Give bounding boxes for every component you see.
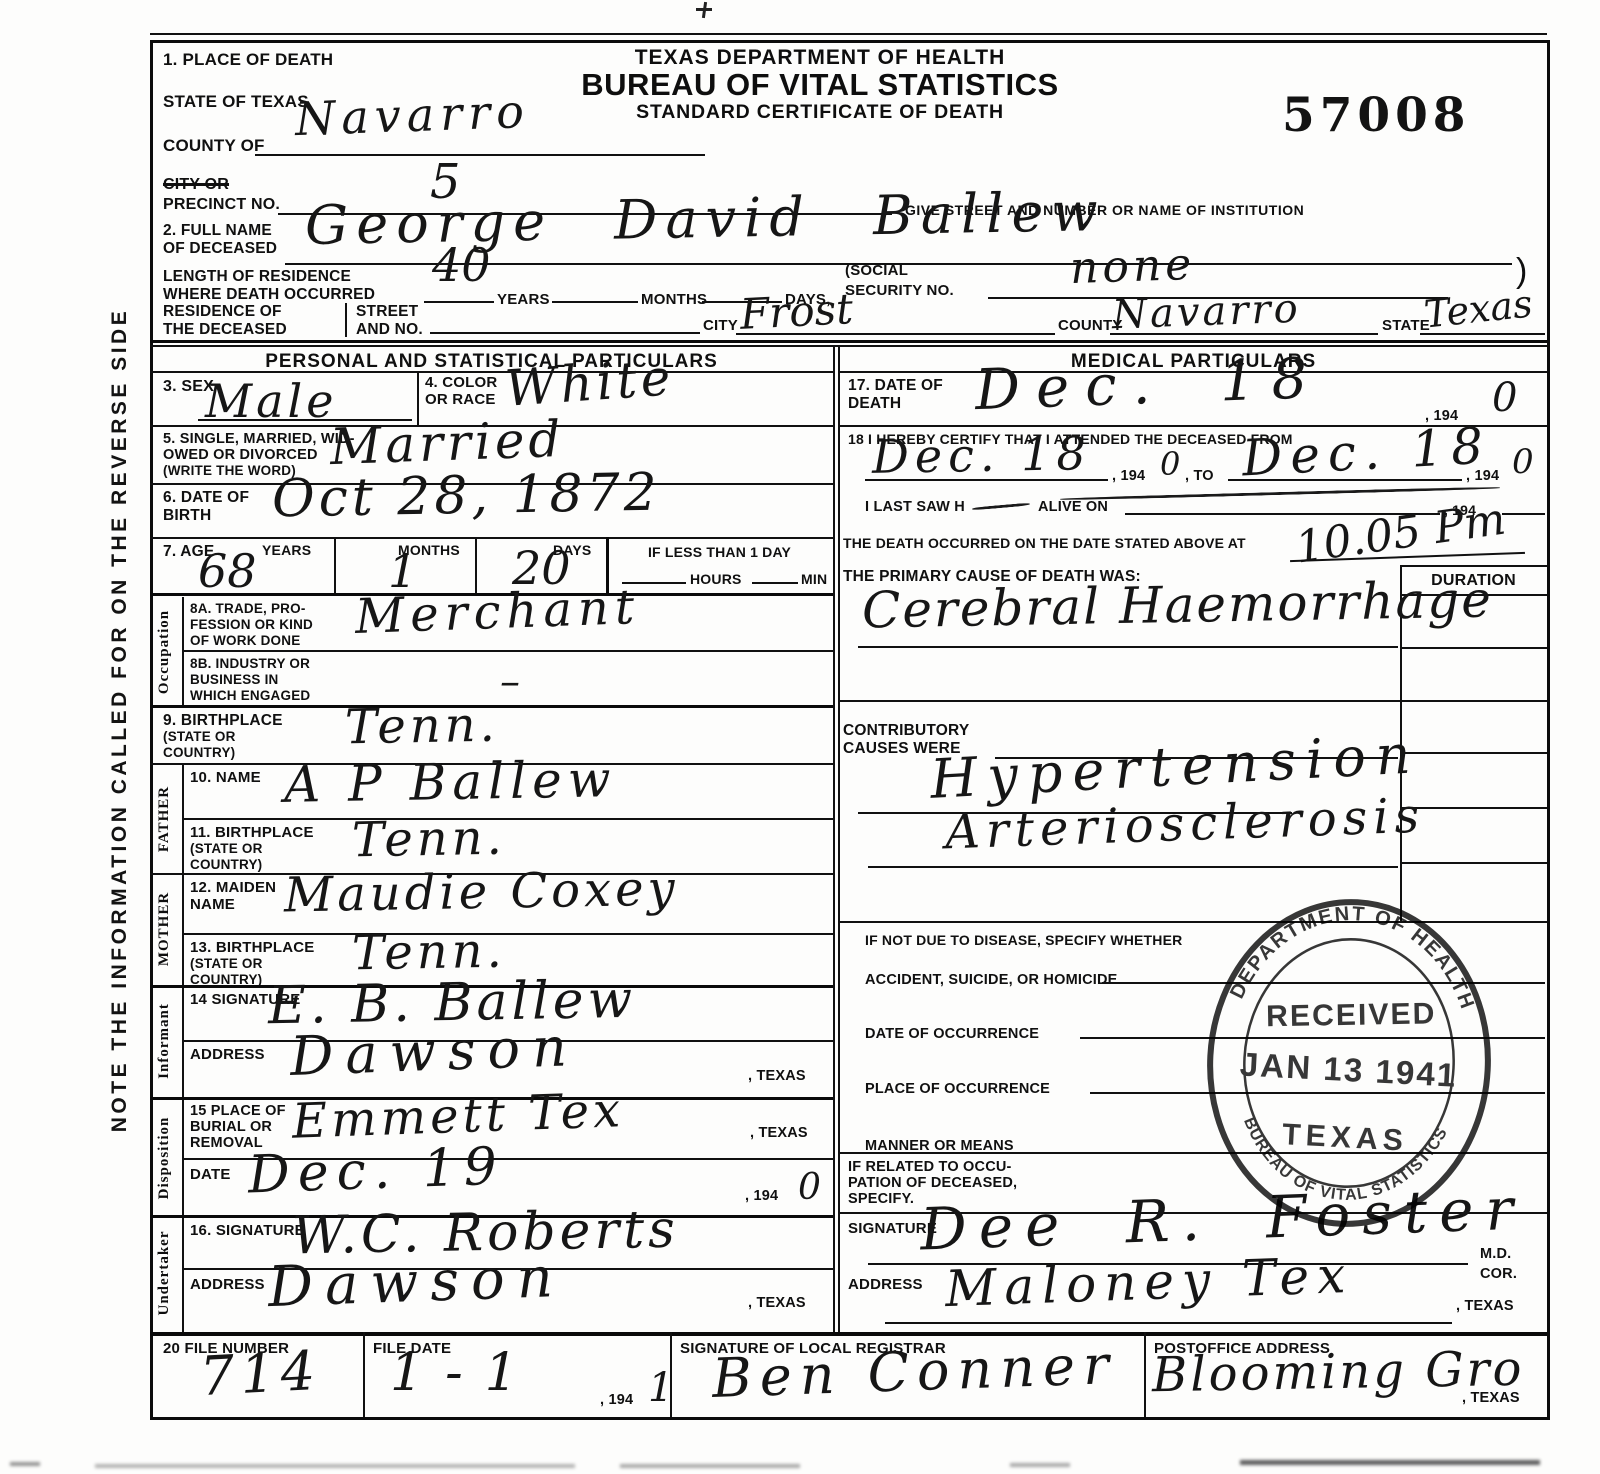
informant-address-value: Dawson [289,1020,579,1084]
cor-label: COR. [1480,1266,1517,1283]
residence-length-label2: WHERE DEATH OCCURRED [163,286,375,304]
last-saw-label: I LAST SAW H [865,499,965,516]
father-birthplace-label3: COUNTRY) [190,857,262,872]
rule [150,1332,1547,1336]
age-min-label: MIN [801,572,827,588]
rule [1400,862,1547,864]
birthplace-value: Tenn. [345,701,500,752]
informant-address-label: ADDRESS [190,1046,265,1063]
city-value: Frost [739,288,854,336]
primary-cause-value: Cerebral Haemorrhage [862,574,1494,635]
father-birthplace-value: Tenn. [352,814,507,865]
rule [182,818,833,820]
maiden-name-value: Maudie Coxey [284,865,679,920]
rule [1400,647,1547,649]
attended-to-value: Dec. 18 [1241,421,1492,484]
burial-date-label: DATE [190,1166,231,1183]
texas-suffix: , TEXAS [750,1125,808,1142]
dob-label2: BIRTH [163,507,211,525]
ssn-value: none [1069,243,1196,291]
death-time-label: THE DEATH OCCURRED ON THE DATE STATED AB… [843,536,1246,552]
md-label: M.D. [1480,1246,1511,1263]
texas-suffix: , TEXAS [748,1068,806,1085]
burial-date-value: Dec. 19 [247,1141,505,1202]
header-certificate: STANDARD CERTIFICATE OF DEATH [560,101,1080,124]
rule [858,646,1398,648]
industry-value: – [500,662,520,702]
header-bureau: BUREAU OF VITAL STATISTICS [560,67,1080,103]
color-label: 4. COLOR [425,374,497,391]
not-disease-label: IF NOT DUE TO DISEASE, SPECIFY WHETHER [865,933,1182,949]
texas-suffix: , TEXAS [1462,1390,1520,1407]
burial-label2: BURIAL OR [190,1119,272,1136]
undertaker-address-label: ADDRESS [190,1276,265,1293]
mother-birthplace-value: Tenn. [352,927,507,978]
to-label: , TO [1185,468,1214,485]
father-name-value: A P Ballew [284,754,617,810]
fullname-label: 2. FULL NAME [163,222,272,240]
birthplace-label: 9. BIRTHPLACE [163,712,283,730]
father-name-label: 10. NAME [190,769,261,786]
residence-state-value: Texas [1422,284,1534,333]
scan-artifact [10,1462,40,1466]
precinct-label: PRECINCT NO. [163,196,280,214]
occupation-related-label3: SPECIFY. [848,1191,914,1208]
rule [552,301,638,303]
fullname-value: George David Ballew [305,185,1107,253]
rule [1228,479,1462,481]
rule [150,33,1547,35]
stamp-state: TEXAS [1281,1118,1408,1158]
date-of-death-value: Dec. 18 [974,351,1324,419]
rule [1400,565,1547,567]
industry-label: 8B. INDUSTRY OR [190,656,310,671]
file-number-value: 714 [199,1344,323,1404]
contributory-label: CONTRIBUTORY [843,722,969,740]
divider [1144,1332,1146,1417]
received-stamp: DEPARTMENT OF HEALTH BUREAU OF VITAL STA… [1189,885,1508,1240]
file-date-year: 1 [648,1368,673,1408]
group-strip-line [182,763,184,1097]
city-or-label: CITY OR [163,176,229,194]
file-date-value: 1-1 [390,1347,540,1399]
divider [363,1332,365,1417]
scan-artifact [95,1464,575,1468]
margin-note: NOTE THE INFORMATION CALLED FOR ON THE R… [108,282,136,1158]
date-of-death-year: 0 [1492,378,1517,418]
father-birthplace-label2: (STATE OR [190,841,263,856]
maiden-name-label: 12. MAIDEN [190,879,276,896]
occupation-group-label: Occupation [156,582,176,722]
attended-from-year: 0 [1160,448,1180,480]
residence-state-label: STATE [1382,317,1430,334]
city-label: CITY [703,317,738,334]
rule [736,333,1055,335]
rule [182,650,833,652]
months-label: MONTHS [641,291,707,308]
residence-years-value: 40 [432,242,491,288]
occupation-related-label2: PATION OF DECEASED, [848,1175,1017,1192]
undertaker-group-label: Undertaker [156,1203,176,1343]
marital-label2: OWED OR DIVORCED [163,447,318,464]
rule [182,933,833,935]
left-section-title: PERSONAL AND STATISTICAL PARTICULARS [150,351,833,373]
dob-value: Oct 28, 1872 [272,467,662,526]
attended-to-year: 0 [1512,445,1534,479]
residence-of-label: RESIDENCE OF [163,303,282,321]
marital-label: 5. SINGLE, MARRIED, WID- [163,431,355,448]
trade-label: 8A. TRADE, PRO- [190,601,306,616]
burial-place-value: Emmett Tex [291,1086,625,1146]
industry-label3: WHICH ENGAGED [190,688,310,703]
rule [430,332,700,334]
svg-text:DEPARTMENT OF HEALTH: DEPARTMENT OF HEALTH [1226,897,1484,1015]
dob-label: 6. DATE OF [163,489,249,507]
scan-artifact [1240,1460,1540,1465]
burial-label: 15 PLACE OF [190,1103,286,1120]
column-divider [838,345,840,1332]
year-prefix: , 194 [745,1188,778,1205]
industry-label2: BUSINESS IN [190,672,278,687]
year-prefix: , 194 [600,1392,633,1409]
rule [424,301,494,303]
scan-artifact [620,1464,800,1468]
street-label: STREET [356,303,418,321]
texas-suffix: , TEXAS [1456,1298,1514,1315]
physician-address-label: ADDRESS [848,1276,923,1293]
undertaker-address-value: Dawson [267,1250,566,1316]
rule [150,537,833,539]
street-label2: AND NO. [356,321,423,339]
certificate-number: 57008 [1282,88,1471,143]
death-certificate-scan: NOTE THE INFORMATION CALLED FOR ON THE R… [0,0,1600,1474]
date-of-death-label: 17. DATE OF [848,377,943,395]
age-years-value: 68 [198,548,257,594]
residence-length-label: LENGTH OF RESIDENCE [163,268,351,286]
ssn-label: (SOCIAL [845,262,908,279]
mother-birthplace-label2: (STATE OR [190,956,263,971]
undertaker-signature-label: 16. SIGNATURE [190,1222,305,1239]
color-label2: OR RACE [425,391,496,408]
county-of-label: COUNTY OF [163,136,265,155]
rule [1400,700,1547,702]
rule [868,866,1398,868]
birthplace-label2: (STATE OR [163,729,236,744]
date-occurrence-label: DATE OF OCCURRENCE [865,1026,1039,1043]
occupation-related-label: IF RELATED TO OCCU- [848,1159,1012,1176]
county-value: Navarro [294,88,530,142]
residence-county-value: Navarro [1111,289,1301,336]
place-of-death-label: 1. PLACE OF DEATH [163,50,333,69]
age-years-label: YEARS [262,543,311,559]
texas-suffix: , TEXAS [748,1295,806,1312]
rule [1420,333,1545,335]
age-less-label: IF LESS THAN 1 DAY [606,545,833,561]
section-divider [150,345,1547,347]
rule [752,582,798,584]
rule [1400,752,1547,754]
mother-birthplace-label: 13. BIRTHPLACE [190,939,315,956]
physician-address-value: Maloney Tex [944,1250,1354,1314]
residence-of-label2: THE DECEASED [163,321,287,339]
rule [255,154,705,156]
years-label: YEARS [497,291,550,308]
section-divider [150,340,1547,343]
state-of-texas-label: STATE OF TEXAS [163,92,309,111]
father-birthplace-label: 11. BIRTHPLACE [190,824,314,841]
divider [334,537,336,593]
rule [1502,513,1545,515]
rule [840,700,1400,702]
marital-value: Married [329,414,565,472]
maiden-name-label2: NAME [190,896,235,913]
sex-value: Male [205,378,337,424]
stamp-arc-top: DEPARTMENT OF HEALTH [1226,897,1484,1015]
trade-label3: OF WORK DONE [190,633,300,648]
scan-artifact [696,8,712,11]
divider [345,303,347,337]
burial-date-year-value: 0 [798,1170,821,1206]
stamp-date: JAN 13 1941 [1239,1046,1458,1094]
place-occurrence-label: PLACE OF OCCURRENCE [865,1081,1050,1098]
last-saw-label2: ALIVE ON [1038,499,1108,516]
age-hours-label: HOURS [690,572,742,588]
rule [885,1322,1452,1324]
trade-value: Merchant [354,583,641,641]
registrar-signature-value: Ben Conner [711,1338,1117,1406]
fullname-label2: OF DECEASED [163,240,277,258]
rule [1110,333,1378,335]
attended-from-value: Dec. 18 [872,430,1092,480]
accident-label: ACCIDENT, SUICIDE, OR HOMICIDE [865,972,1118,989]
year-prefix: , 194 [1466,468,1499,485]
ssn-label2: SECURITY NO. [845,282,954,299]
rule [150,371,833,373]
scan-artifact [1010,1463,1070,1467]
date-of-death-label2: DEATH [848,395,901,413]
year-prefix: , 194 [1112,468,1145,485]
color-value: White [503,352,675,414]
trade-label2: FESSION OR KIND [190,617,313,632]
column-divider [833,345,835,1332]
stamp-received: RECEIVED [1266,997,1437,1033]
rule [865,479,1108,481]
